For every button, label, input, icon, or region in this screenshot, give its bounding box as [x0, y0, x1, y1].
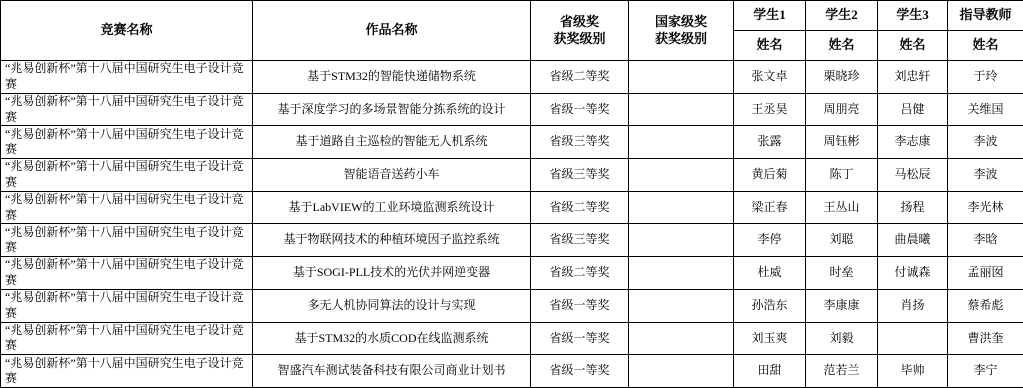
student3-name-cell: 曲晨曦 — [878, 224, 948, 257]
table-row: “兆易创新杯”第十八届中国研究生电子设计竞赛基于STM32的水质COD在线监测系… — [1, 322, 1023, 355]
provincial-award-cell: 省级一等奖 — [531, 93, 629, 126]
national-award-cell — [629, 322, 734, 355]
advisor-name-cell: 蔡希彪 — [948, 289, 1023, 322]
competition-cell: “兆易创新杯”第十八届中国研究生电子设计竞赛 — [1, 224, 253, 257]
national-award-cell — [629, 126, 734, 159]
work-cell: 基于道路自主巡检的智能无人机系统 — [253, 126, 531, 159]
student3-name-cell: 吕健 — [878, 93, 948, 126]
provincial-award-cell: 省级一等奖 — [531, 322, 629, 355]
student1-name-cell: 梁正春 — [734, 191, 806, 224]
student1-name-cell: 杜威 — [734, 257, 806, 290]
student1-name-cell: 张文卓 — [734, 61, 806, 94]
advisor-name-cell: 李宁 — [948, 355, 1023, 388]
national-award-cell — [629, 159, 734, 192]
work-cell: 基于深度学习的多场景智能分拣系统的设计 — [253, 93, 531, 126]
competition-cell: “兆易创新杯”第十八届中国研究生电子设计竞赛 — [1, 257, 253, 290]
subheader-student2-name: 姓名 — [806, 31, 878, 61]
table-row: “兆易创新杯”第十八届中国研究生电子设计竞赛基于STM32的智能快递储物系统省级… — [1, 61, 1023, 94]
col-header-student3: 学生3 — [878, 1, 948, 31]
work-cell: 基于STM32的智能快递储物系统 — [253, 61, 531, 94]
national-award-cell — [629, 289, 734, 322]
national-award-cell — [629, 355, 734, 388]
advisor-name-cell: 于玲 — [948, 61, 1023, 94]
advisor-name-cell: 李光林 — [948, 191, 1023, 224]
student1-name-cell: 黄后菊 — [734, 159, 806, 192]
advisor-name-cell: 李晗 — [948, 224, 1023, 257]
col-header-provincial-award: 省级奖 获奖级别 — [531, 1, 629, 61]
student2-name-cell: 周朋亮 — [806, 93, 878, 126]
table-row: “兆易创新杯”第十八届中国研究生电子设计竞赛基于SOGI-PLL技术的光伏并网逆… — [1, 257, 1023, 290]
student3-name-cell: 李志康 — [878, 126, 948, 159]
student2-name-cell: 刘聪 — [806, 224, 878, 257]
national-award-cell — [629, 191, 734, 224]
col-header-advisor: 指导教师 — [948, 1, 1023, 31]
subheader-advisor-name: 姓名 — [948, 31, 1023, 61]
student3-name-cell: 马松辰 — [878, 159, 948, 192]
student3-name-cell — [878, 322, 948, 355]
student3-name-cell: 肖扬 — [878, 289, 948, 322]
national-award-cell — [629, 224, 734, 257]
subheader-student1-name: 姓名 — [734, 31, 806, 61]
work-cell: 智盛汽车测试装备科技有限公司商业计划书 — [253, 355, 531, 388]
competition-cell: “兆易创新杯”第十八届中国研究生电子设计竞赛 — [1, 355, 253, 388]
table-row: “兆易创新杯”第十八届中国研究生电子设计竞赛多无人机协同算法的设计与实现省级一等… — [1, 289, 1023, 322]
table-row: “兆易创新杯”第十八届中国研究生电子设计竞赛基于道路自主巡检的智能无人机系统省级… — [1, 126, 1023, 159]
advisor-name-cell: 李波 — [948, 126, 1023, 159]
student1-name-cell: 孙浩东 — [734, 289, 806, 322]
provincial-award-cell: 省级二等奖 — [531, 61, 629, 94]
provincial-award-cell: 省级二等奖 — [531, 191, 629, 224]
work-cell: 多无人机协同算法的设计与实现 — [253, 289, 531, 322]
advisor-name-cell: 李波 — [948, 159, 1023, 192]
student3-name-cell: 毕帅 — [878, 355, 948, 388]
work-cell: 智能语音送药小车 — [253, 159, 531, 192]
national-award-cell — [629, 61, 734, 94]
work-cell: 基于SOGI-PLL技术的光伏并网逆变器 — [253, 257, 531, 290]
table-row: “兆易创新杯”第十八届中国研究生电子设计竞赛基于深度学习的多场景智能分拣系统的设… — [1, 93, 1023, 126]
provincial-award-cell: 省级二等奖 — [531, 257, 629, 290]
table-row: “兆易创新杯”第十八届中国研究生电子设计竞赛基于物联网技术的种植环境因子监控系统… — [1, 224, 1023, 257]
competition-cell: “兆易创新杯”第十八届中国研究生电子设计竞赛 — [1, 93, 253, 126]
student2-name-cell: 陈丁 — [806, 159, 878, 192]
student2-name-cell: 栗晓珍 — [806, 61, 878, 94]
table-body: “兆易创新杯”第十八届中国研究生电子设计竞赛基于STM32的智能快递储物系统省级… — [1, 61, 1023, 388]
advisor-name-cell: 孟丽囡 — [948, 257, 1023, 290]
student1-name-cell: 田甜 — [734, 355, 806, 388]
col-header-student2: 学生2 — [806, 1, 878, 31]
table-row: “兆易创新杯”第十八届中国研究生电子设计竞赛智盛汽车测试装备科技有限公司商业计划… — [1, 355, 1023, 388]
student3-name-cell: 刘忠轩 — [878, 61, 948, 94]
competition-cell: “兆易创新杯”第十八届中国研究生电子设计竞赛 — [1, 191, 253, 224]
table-header: 竞赛名称 作品名称 省级奖 获奖级别 国家级奖 获奖级别 学生1 学生2 学生3… — [1, 1, 1023, 61]
work-cell: 基于LabVIEW的工业环境监测系统设计 — [253, 191, 531, 224]
work-cell: 基于物联网技术的种植环境因子监控系统 — [253, 224, 531, 257]
student1-name-cell: 王丞昊 — [734, 93, 806, 126]
provincial-award-cell: 省级一等奖 — [531, 355, 629, 388]
competition-cell: “兆易创新杯”第十八届中国研究生电子设计竞赛 — [1, 289, 253, 322]
table-row: “兆易创新杯”第十八届中国研究生电子设计竞赛基于LabVIEW的工业环境监测系统… — [1, 191, 1023, 224]
competition-cell: “兆易创新杯”第十八届中国研究生电子设计竞赛 — [1, 61, 253, 94]
subheader-student3-name: 姓名 — [878, 31, 948, 61]
provincial-award-cell: 省级一等奖 — [531, 289, 629, 322]
col-header-student1: 学生1 — [734, 1, 806, 31]
col-header-work: 作品名称 — [253, 1, 531, 61]
col-header-competition: 竞赛名称 — [1, 1, 253, 61]
competition-cell: “兆易创新杯”第十八届中国研究生电子设计竞赛 — [1, 126, 253, 159]
student1-name-cell: 李停 — [734, 224, 806, 257]
student3-name-cell: 扬程 — [878, 191, 948, 224]
competition-cell: “兆易创新杯”第十八届中国研究生电子设计竞赛 — [1, 159, 253, 192]
student2-name-cell: 王丛山 — [806, 191, 878, 224]
student3-name-cell: 付诚森 — [878, 257, 948, 290]
table-row: “兆易创新杯”第十八届中国研究生电子设计竞赛智能语音送药小车省级三等奖黄后菊陈丁… — [1, 159, 1023, 192]
col-header-national-award: 国家级奖 获奖级别 — [629, 1, 734, 61]
provincial-award-cell: 省级三等奖 — [531, 224, 629, 257]
student2-name-cell: 时垒 — [806, 257, 878, 290]
student1-name-cell: 张露 — [734, 126, 806, 159]
competition-cell: “兆易创新杯”第十八届中国研究生电子设计竞赛 — [1, 322, 253, 355]
awards-table: 竞赛名称 作品名称 省级奖 获奖级别 国家级奖 获奖级别 学生1 学生2 学生3… — [0, 0, 1023, 388]
provincial-award-cell: 省级三等奖 — [531, 159, 629, 192]
provincial-award-cell: 省级三等奖 — [531, 126, 629, 159]
student1-name-cell: 刘玉爽 — [734, 322, 806, 355]
student2-name-cell: 范若兰 — [806, 355, 878, 388]
advisor-name-cell: 关维国 — [948, 93, 1023, 126]
advisor-name-cell: 曹洪奎 — [948, 322, 1023, 355]
national-award-cell — [629, 257, 734, 290]
student2-name-cell: 李康康 — [806, 289, 878, 322]
national-award-cell — [629, 93, 734, 126]
student2-name-cell: 刘毅 — [806, 322, 878, 355]
student2-name-cell: 周钰彬 — [806, 126, 878, 159]
header-row-1: 竞赛名称 作品名称 省级奖 获奖级别 国家级奖 获奖级别 学生1 学生2 学生3… — [1, 1, 1023, 31]
work-cell: 基于STM32的水质COD在线监测系统 — [253, 322, 531, 355]
